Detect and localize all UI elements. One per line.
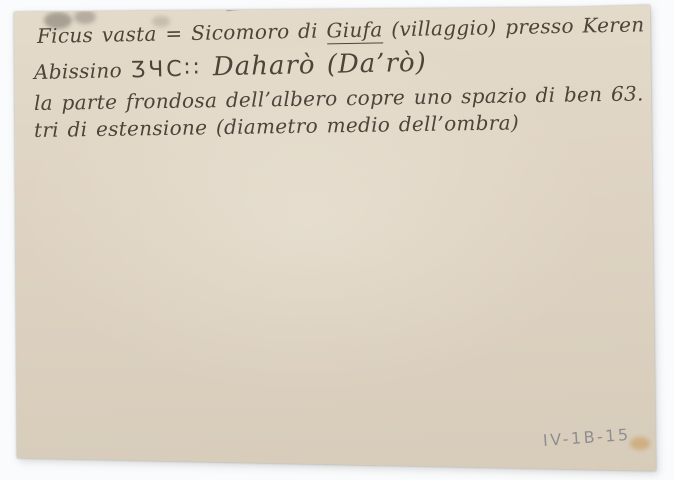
caption-line1-text-a: Ficus vasta = Sicomoro di (37, 18, 327, 48)
caption-hyphenated-me: me (652, 81, 674, 108)
ink-smudge (74, 10, 96, 24)
caption-line2-text-a: Abissino (34, 58, 131, 84)
caption-daharo-text: Daharò (Da’rò) (201, 48, 427, 83)
photo-card-shadow: Ficus vasta = Sicomoro di Giufa (villagg… (0, 0, 674, 480)
caption-line-4: tri di estensione (diametro medio dell’o… (34, 110, 519, 142)
caption-line-3: la parte frondosa dell’albero copre uno … (34, 81, 674, 115)
photo-card-back: Ficus vasta = Sicomoro di Giufa (villagg… (0, 0, 674, 480)
geez-script-word: ƷЧC∷ (130, 56, 202, 82)
caption-line1-text-b: (villaggio) presso Keren (Eritrea (382, 11, 674, 42)
caption-line3-text-a: la parte frondosa dell’albero copre uno … (34, 81, 653, 115)
caption-underlined-giufa: Giufa (326, 17, 383, 44)
pen-mark (226, 5, 242, 11)
paper-stain (630, 437, 650, 450)
archival-number: IV-1B-15 (542, 425, 631, 450)
caption-line-1: Ficus vasta = Sicomoro di Giufa (villagg… (37, 11, 674, 48)
caption-line-2: Abissino ƷЧC∷ Daharò (Da’rò) (34, 48, 427, 86)
scan-background: Ficus vasta = Sicomoro di Giufa (villagg… (0, 0, 674, 480)
